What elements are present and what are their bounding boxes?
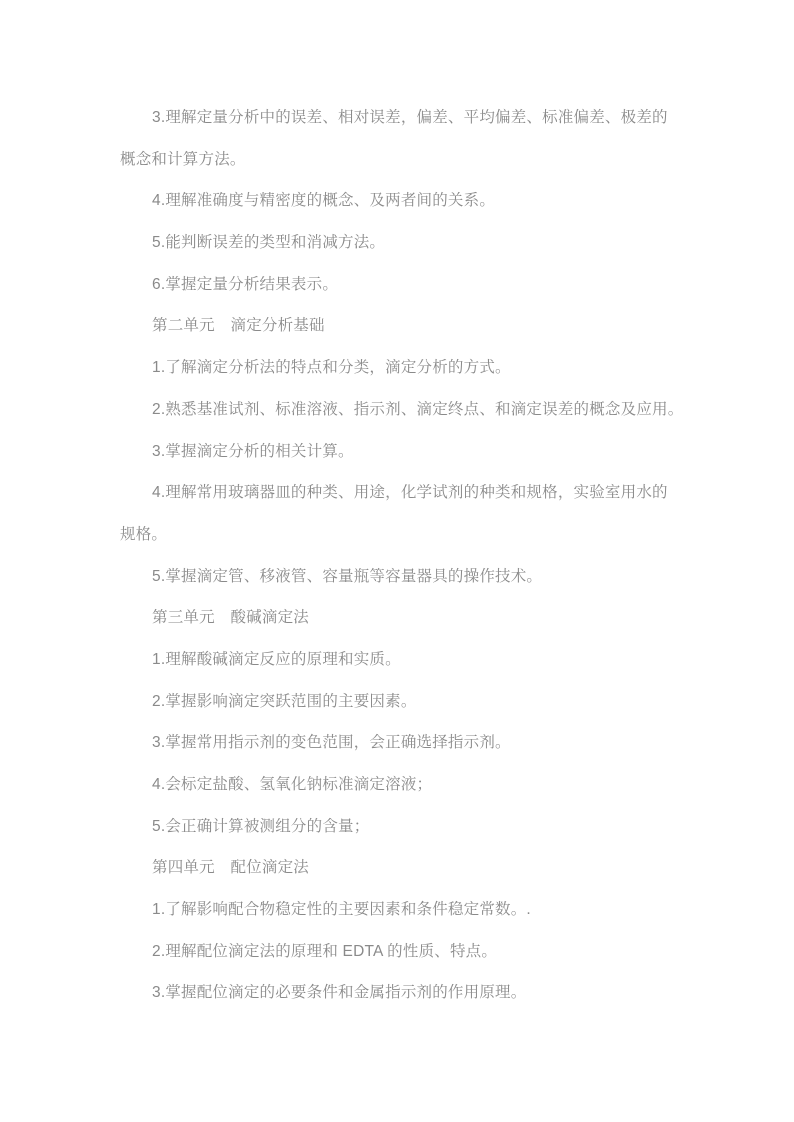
text-line: 1.理解酸碱滴定反应的原理和实质。	[0, 639, 794, 681]
text-line: 5.掌握滴定管、移液管、容量瓶等容量器具的操作技术。	[0, 556, 794, 598]
text-line: 4.理解常用玻璃器皿的种类、用途，化学试剂的种类和规格，实验室用水的	[0, 472, 794, 514]
text-line: 5.能判断误差的类型和消减方法。	[0, 222, 794, 264]
text-line: 2.理解配位滴定法的原理和 EDTA 的性质、特点。	[0, 931, 794, 973]
text-line: 5.会正确计算被测组分的含量；	[0, 806, 794, 848]
text-line: 4.理解准确度与精密度的概念、及两者间的关系。	[0, 180, 794, 222]
text-line: 1.了解影响配合物稳定性的主要因素和条件稳定常数。.	[0, 889, 794, 931]
document-text-block: 3.理解定量分析中的误差、相对误差，偏差、平均偏差、标准偏差、极差的概念和计算方…	[0, 97, 794, 1014]
text-line: 3.掌握配位滴定的必要条件和金属指示剂的作用原理。	[0, 972, 794, 1014]
text-line: 3.理解定量分析中的误差、相对误差，偏差、平均偏差、标准偏差、极差的	[0, 97, 794, 139]
text-line: 6.掌握定量分析结果表示。	[0, 264, 794, 306]
section-heading: 第二单元 滴定分析基础	[0, 305, 794, 347]
text-line: 1.了解滴定分析法的特点和分类，滴定分析的方式。	[0, 347, 794, 389]
text-line: 3.掌握常用指示剂的变色范围，会正确选择指示剂。	[0, 722, 794, 764]
text-line: 规格。	[0, 514, 794, 556]
text-line: 2.熟悉基准试剂、标准溶液、指示剂、滴定终点、和滴定误差的概念及应用。	[0, 389, 794, 431]
document-page: 3.理解定量分析中的误差、相对误差，偏差、平均偏差、标准偏差、极差的概念和计算方…	[0, 0, 794, 1122]
text-line: 4.会标定盐酸、氢氧化钠标准滴定溶液；	[0, 764, 794, 806]
text-line: 概念和计算方法。	[0, 139, 794, 181]
section-heading: 第三单元 酸碱滴定法	[0, 597, 794, 639]
text-line: 2.掌握影响滴定突跃范围的主要因素。	[0, 681, 794, 723]
section-heading: 第四单元 配位滴定法	[0, 847, 794, 889]
text-line: 3.掌握滴定分析的相关计算。	[0, 431, 794, 473]
